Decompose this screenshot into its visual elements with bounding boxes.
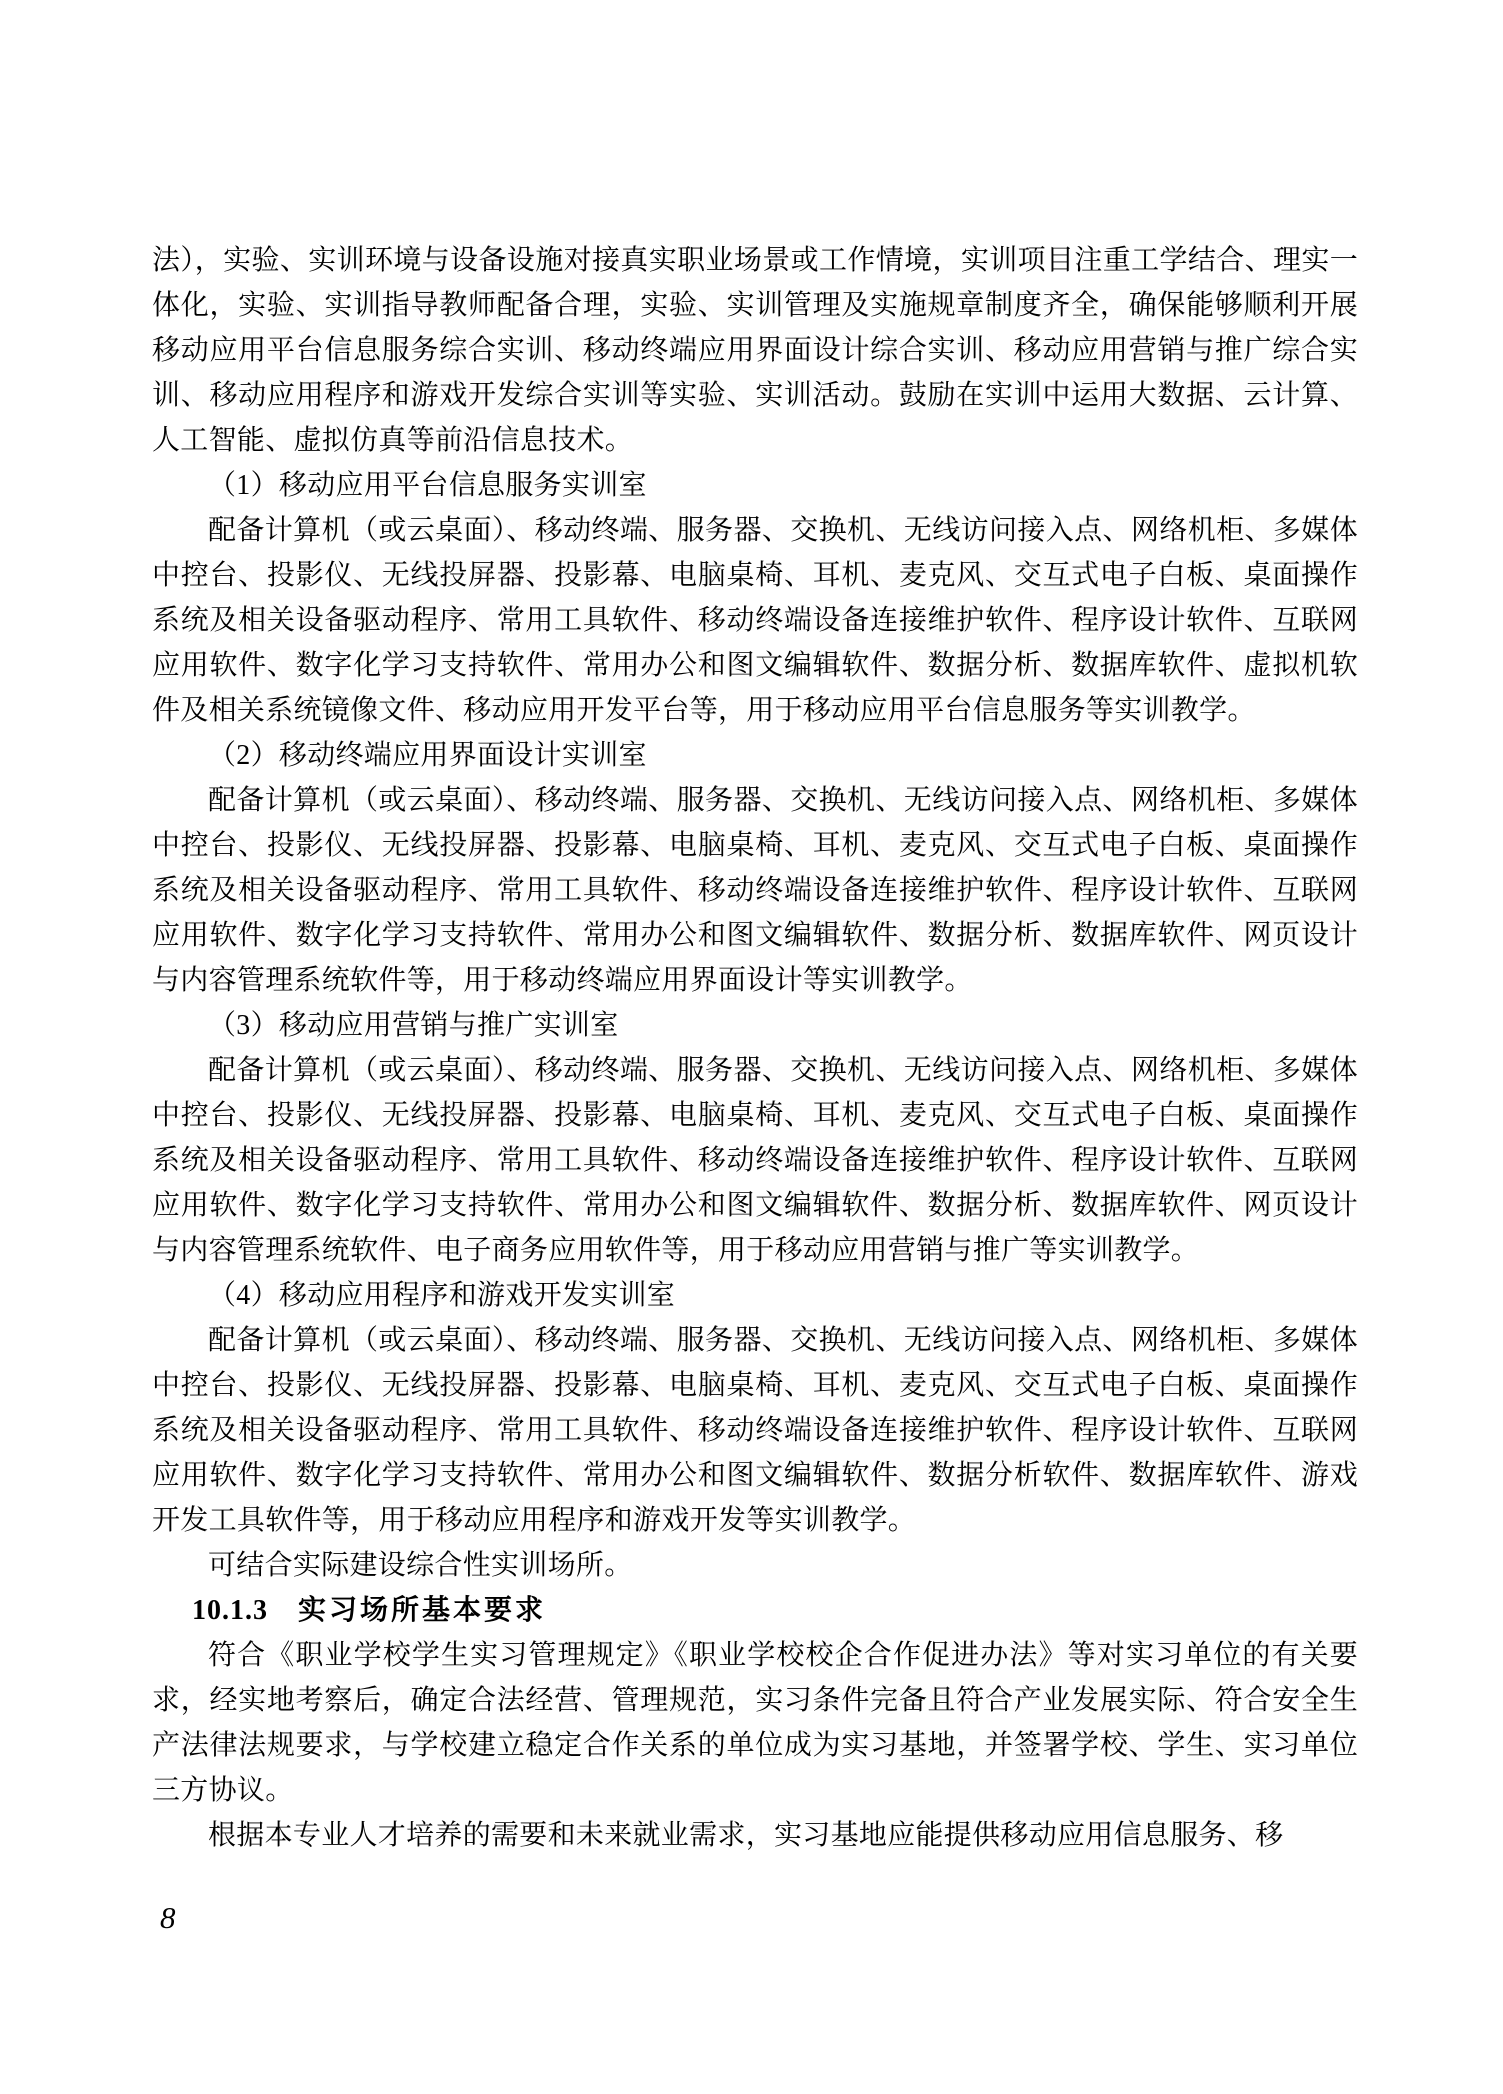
paragraph-intro-continued: 法），实验、实训环境与设备设施对接真实职业场景或工作情境，实训项目注重工学结合、… bbox=[152, 238, 1358, 463]
paragraph-internship-requirements: 符合《职业学校学生实习管理规定》《职业学校校企合作促进办法》等对实习单位的有关要… bbox=[152, 1633, 1358, 1813]
paragraph-internship-base-continued: 根据本专业人才培养的需要和未来就业需求，实习基地应能提供移动应用信息服务、移 bbox=[152, 1813, 1358, 1858]
paragraph-lab3-equipment: 配备计算机（或云桌面）、移动终端、服务器、交换机、无线访问接入点、网络机柜、多媒… bbox=[152, 1048, 1358, 1273]
subheading-lab1: （1）移动应用平台信息服务实训室 bbox=[152, 463, 1358, 508]
subheading-lab4: （4）移动应用程序和游戏开发实训室 bbox=[152, 1273, 1358, 1318]
paragraph-lab2-equipment: 配备计算机（或云桌面）、移动终端、服务器、交换机、无线访问接入点、网络机柜、多媒… bbox=[152, 778, 1358, 1003]
section-number: 10.1.3 bbox=[192, 1595, 268, 1626]
paragraph-combined-site-note: 可结合实际建设综合性实训场所。 bbox=[152, 1543, 1358, 1588]
subheading-lab2: （2）移动终端应用界面设计实训室 bbox=[152, 733, 1358, 778]
subheading-lab3: （3）移动应用营销与推广实训室 bbox=[152, 1003, 1358, 1048]
section-title: 实习场所基本要求 bbox=[298, 1595, 546, 1626]
document-page: 法），实验、实训环境与设备设施对接真实职业场景或工作情境，实训项目注重工学结合、… bbox=[0, 0, 1503, 2094]
page-number: 8 bbox=[160, 1895, 176, 1940]
section-heading-10-1-3: 10.1.3实习场所基本要求 bbox=[152, 1588, 1358, 1633]
paragraph-lab1-equipment: 配备计算机（或云桌面）、移动终端、服务器、交换机、无线访问接入点、网络机柜、多媒… bbox=[152, 508, 1358, 733]
page-body-text: 法），实验、实训环境与设备设施对接真实职业场景或工作情境，实训项目注重工学结合、… bbox=[152, 238, 1358, 1858]
paragraph-lab4-equipment: 配备计算机（或云桌面）、移动终端、服务器、交换机、无线访问接入点、网络机柜、多媒… bbox=[152, 1318, 1358, 1543]
